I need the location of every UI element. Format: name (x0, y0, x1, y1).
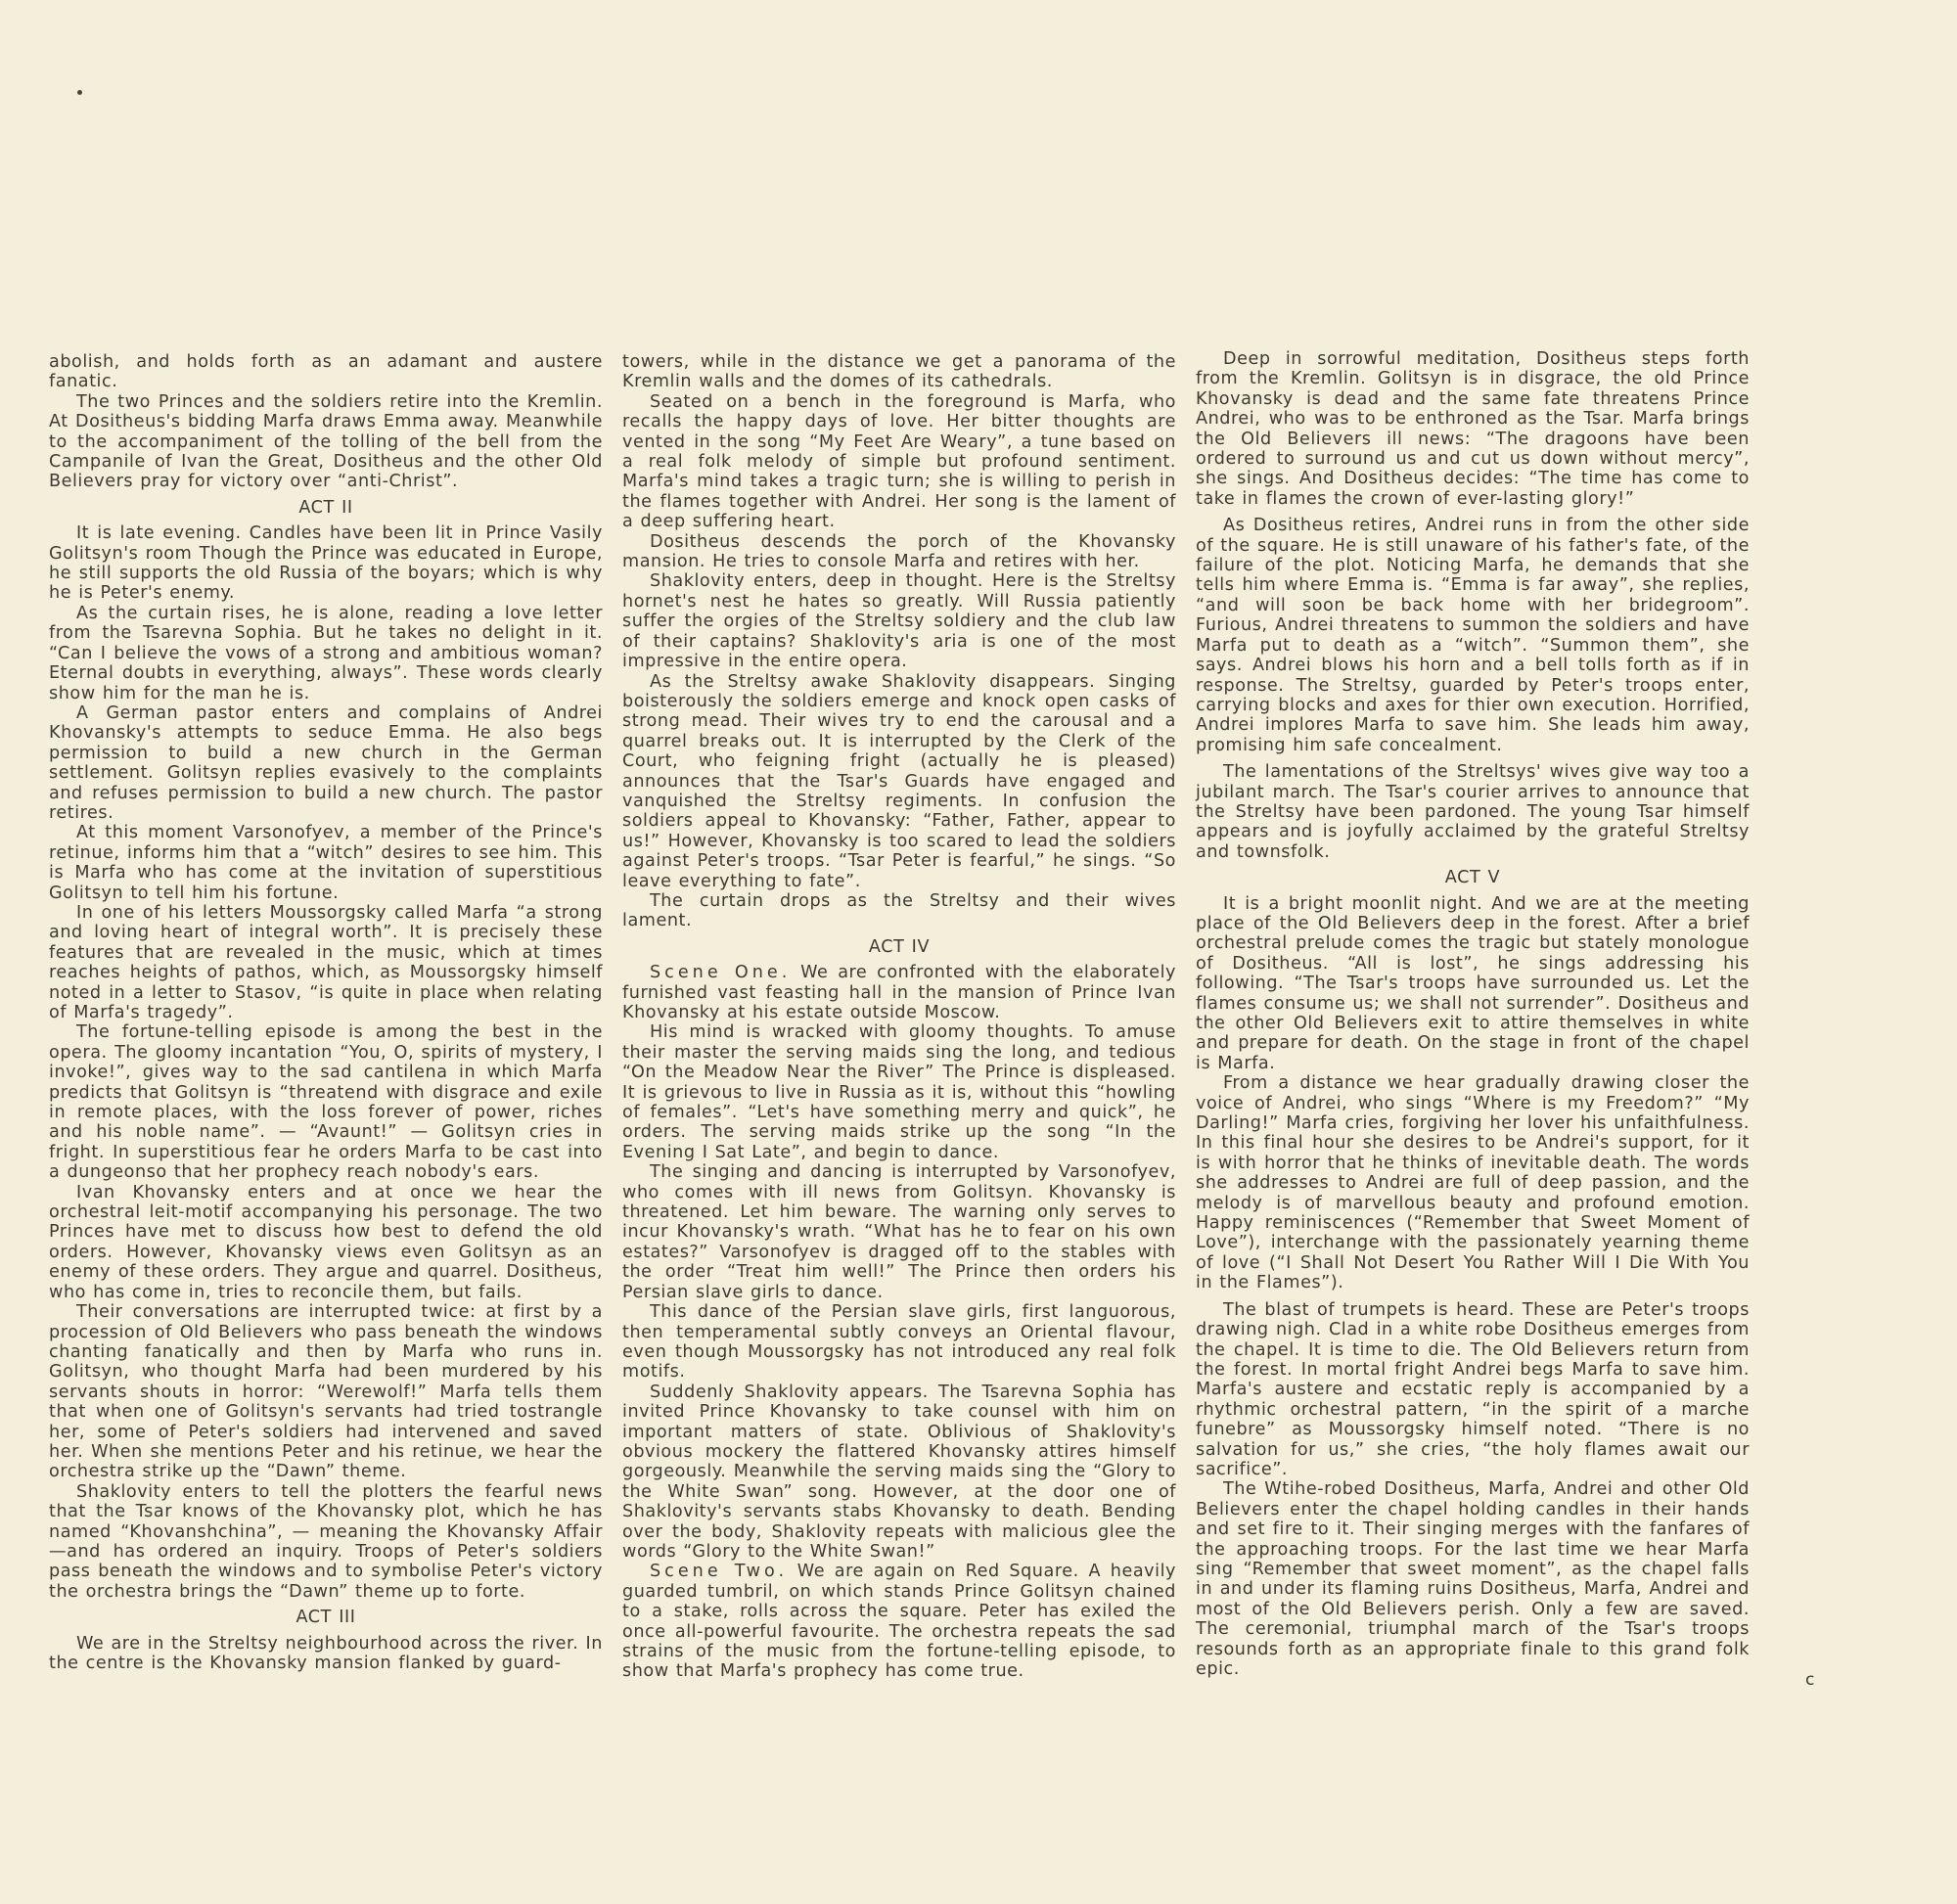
paragraph: Deep in sorrowful meditation, Dositheus … (1196, 349, 1750, 509)
paragraph: Scene One. We are confronted with the el… (622, 963, 1176, 1022)
paragraph: The singing and dancing is interrupted b… (622, 1162, 1176, 1302)
paragraph: The blast of trumpets is heard. These ar… (1196, 1300, 1750, 1480)
paragraph: Seated on a bench in the foreground is M… (622, 392, 1176, 532)
paragraph: As the curtain rises, he is alone, readi… (49, 604, 603, 703)
paragraph: At this moment Varsonofyev, a member of … (49, 823, 603, 903)
paragraph: Shaklovity enters to tell the plotters t… (49, 1482, 603, 1602)
print-speck (77, 90, 82, 95)
paragraph: Scene Two. We are again on Red Square. A… (622, 1562, 1176, 1681)
paragraph: As the Streltsy awake Shaklovity disappe… (622, 672, 1176, 891)
paragraph: Suddenly Shaklovity appears. The Tsarevn… (622, 1383, 1176, 1563)
act-heading: ACT IV (622, 937, 1176, 957)
paragraph: towers, while in the distance we get a p… (622, 352, 1176, 392)
paragraph: The fortune-telling episode is among the… (49, 1022, 603, 1182)
page-mark: c (1805, 1670, 1814, 1690)
paragraph: abolish, and holds forth as an adamant a… (49, 352, 603, 392)
paragraph: In one of his letters Moussorgsky called… (49, 903, 603, 1022)
column-1: abolish, and holds forth as an adamant a… (49, 352, 603, 1673)
act-heading: ACT III (49, 1608, 603, 1627)
paragraph: The lamentations of the Streltsys' wives… (1196, 762, 1750, 862)
act-heading: ACT II (49, 498, 603, 518)
paragraph: The Wtihe-robed Dositheus, Marfa, Andrei… (1196, 1479, 1750, 1679)
paragraph: It is late evening. Candles have been li… (49, 523, 603, 604)
act-heading: ACT V (1196, 868, 1750, 887)
paragraph: From a distance we hear gradually drawin… (1196, 1073, 1750, 1292)
paragraph: The curtain drops as the Streltsy and th… (622, 891, 1176, 931)
paragraph: His mind is wracked with gloomy thoughts… (622, 1022, 1176, 1162)
paragraph: Shaklovity enters, deep in thought. Here… (622, 571, 1176, 671)
paragraph: Dositheus descends the porch of the Khov… (622, 532, 1176, 572)
paragraph: A German pastor enters and complains of … (49, 703, 603, 823)
paragraph: Their conversations are interrupted twic… (49, 1302, 603, 1482)
scene-label: Scene Two. (650, 1562, 788, 1581)
column-2: towers, while in the distance we get a p… (622, 352, 1176, 1682)
paragraph: We are in the Streltsy neighbourhood acr… (49, 1634, 603, 1674)
paragraph: As Dositheus retires, Andrei runs in fro… (1196, 516, 1750, 755)
scene-label: Scene One. (650, 963, 791, 982)
paragraph: Ivan Khovansky enters and at once we hea… (49, 1183, 603, 1302)
column-3: Deep in sorrowful meditation, Dositheus … (1196, 349, 1750, 1679)
paragraph: This dance of the Persian slave girls, f… (622, 1302, 1176, 1383)
paragraph: It is a bright moonlit night. And we are… (1196, 894, 1750, 1074)
paragraph: The two Princes and the soldiers retire … (49, 392, 603, 492)
